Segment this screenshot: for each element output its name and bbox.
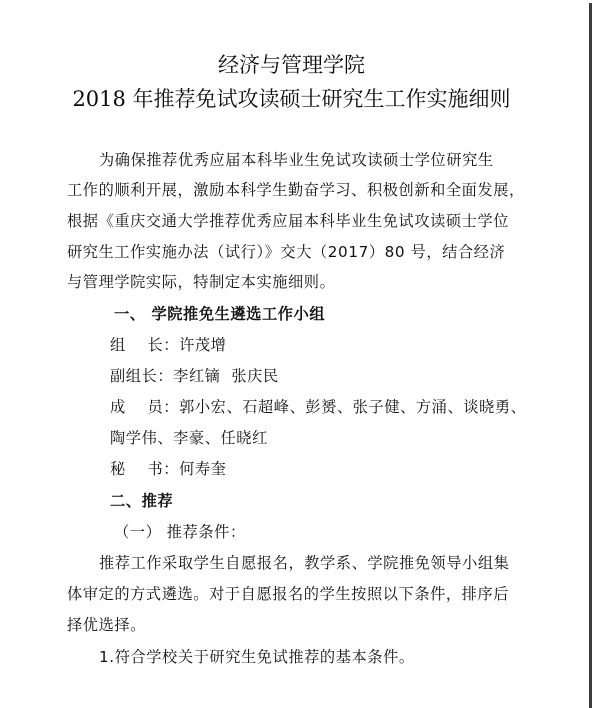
intro-line-1: 为确保推荐优秀应届本科毕业生免试攻读硕士学位研究生 [99, 150, 494, 170]
secretary-row: 秘 书：何寿奎 [110, 459, 226, 479]
section2-para-line-3: 择优选择。 [67, 615, 146, 635]
members-row: 成 员：郭小宏、石超峰、彭赟、张子健、方涌、谈晓勇、 [110, 397, 526, 417]
leader-row: 组 长：许茂增 [110, 335, 226, 355]
secretary-names: 何寿奎 [179, 460, 226, 478]
section2-heading: 二、推荐 [110, 491, 173, 511]
members-names-line1: 郭小宏、石超峰、彭赟、张子健、方涌、谈晓勇、 [179, 398, 526, 416]
members-names-line2: 陶学伟、李豪、任晓红 [110, 428, 268, 448]
secretary-role-label: 秘 书： [110, 459, 179, 479]
vice-leader-row: 副组长：李红镝 张庆民 [110, 366, 279, 386]
intro-line-4: 研究生工作实施办法（试行）》交大（2017）80 号，结合经济 [67, 242, 505, 262]
leader-role-label: 组 长： [110, 335, 179, 355]
document-title-college: 经济与管理学院 [0, 53, 586, 77]
intro-line-3: 根据《重庆交通大学推荐优秀应届本科毕业生免试攻读硕士学位 [67, 211, 509, 231]
section1-heading: 一、 学院推免生遴选工作小组 [114, 304, 325, 324]
leader-names: 许茂增 [179, 336, 226, 354]
condition-item-1: 1.符合学校关于研究生免试推荐的基本条件。 [99, 647, 415, 667]
intro-line-5: 与管理学院实际，特制定本实施细则。 [67, 272, 335, 292]
document-page: 经济与管理学院 2018 年推荐免试攻读硕士研究生工作实施细则 为确保推荐优秀应… [0, 0, 589, 708]
intro-line-2: 工作的顺利开展，激励本科学生勤奋学习、积极创新和全面发展， [67, 180, 525, 200]
document-title-main: 2018 年推荐免试攻读硕士研究生工作实施细则 [0, 87, 586, 111]
members-role-label: 成 员： [110, 397, 179, 417]
vice-leader-role-label: 副组长： [110, 366, 173, 386]
section2-subheading: （一） 推荐条件： [114, 522, 246, 542]
vice-leader-names: 李红镝 张庆民 [173, 367, 279, 385]
section2-para-line-1: 推荐工作采取学生自愿报名，教学系、学院推免领导小组集 [99, 553, 509, 573]
section2-para-line-2: 体审定的方式遴选。对于自愿报名的学生按照以下条件，排序后 [67, 584, 509, 604]
page-edge-border [589, 3, 592, 708]
